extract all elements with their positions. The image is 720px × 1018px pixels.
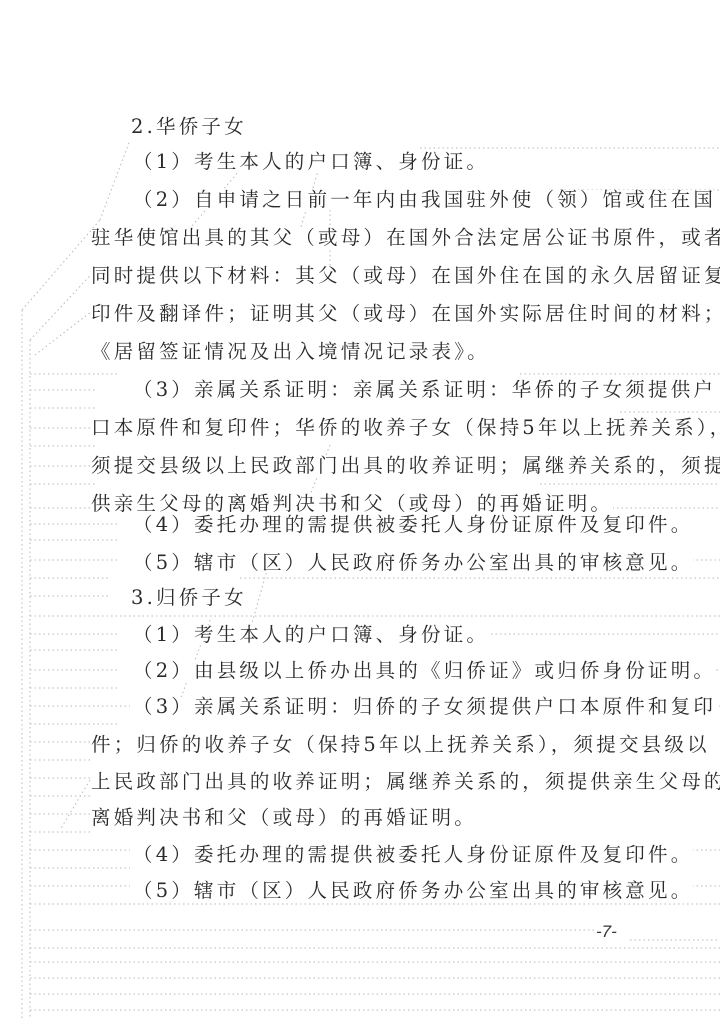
document-page: 2.华侨子女 （1）考生本人的户口簿、身份证。 （2）自申请之日前一年内由我国驻… (0, 0, 720, 1018)
paragraph-line: （3）亲属关系证明：归侨的子女须提供户口本原件和复印 (133, 697, 716, 717)
paragraph-line: 口本原件和复印件；华侨的收养子女（保持5年以上抚养关系）， (91, 418, 720, 438)
section-heading-returned-overseas-chinese-children: 3.归侨子女 (131, 588, 247, 608)
paragraph-line: （1）考生本人的户口簿、身份证。 (133, 152, 489, 172)
paragraph-line: 离婚判决书和父（或母）的再婚证明。 (91, 808, 477, 828)
paragraph-line: 件；归侨的收养子女（保持5年以上抚养关系），须提交县级以 (91, 735, 710, 755)
paragraph-line: 印件及翻译件；证明其父（或母）在国外实际居住时间的材料； (91, 304, 720, 324)
page-number: -7- (596, 922, 617, 942)
paragraph-line: （3）亲属关系证明：亲属关系证明：华侨的子女须提供户 (133, 380, 716, 400)
paragraph-line: （2）由县级以上侨办出具的《归侨证》或归侨身份证明。 (133, 661, 716, 681)
paragraph-line: 须提交县级以上民政部门出具的收养证明；属继养关系的，须提 (91, 456, 720, 476)
paragraph-line: 《居留签证情况及出入境情况记录表》。 (91, 342, 490, 362)
paragraph-line: （4）委托办理的需提供被委托人身份证原件及复印件。 (133, 515, 693, 535)
paragraph-line: （5）辖市（区）人民政府侨务办公室出具的审核意见。 (133, 553, 693, 573)
paragraph-line: （2）自申请之日前一年内由我国驻外使（领）馆或住在国 (133, 190, 716, 210)
paragraph-line: 供亲生父母的离婚判决书和父（或母）的再婚证明。 (91, 494, 613, 514)
paragraph-line: （5）辖市（区）人民政府侨务办公室出具的审核意见。 (133, 881, 693, 901)
paragraph-line: 同时提供以下材料：其父（或母）在国外住在国的永久居留证复 (91, 266, 720, 286)
section-heading-overseas-chinese-children: 2.华侨子女 (131, 117, 247, 137)
paragraph-line: （1）考生本人的户口簿、身份证。 (133, 625, 489, 645)
paragraph-line: 上民政部门出具的收养证明；属继养关系的，须提供亲生父母的 (91, 772, 720, 792)
paragraph-line: （4）委托办理的需提供被委托人身份证原件及复印件。 (133, 845, 693, 865)
paragraph-line: 驻华使馆出具的其父（或母）在国外合法定居公证书原件，或者 (91, 228, 720, 248)
